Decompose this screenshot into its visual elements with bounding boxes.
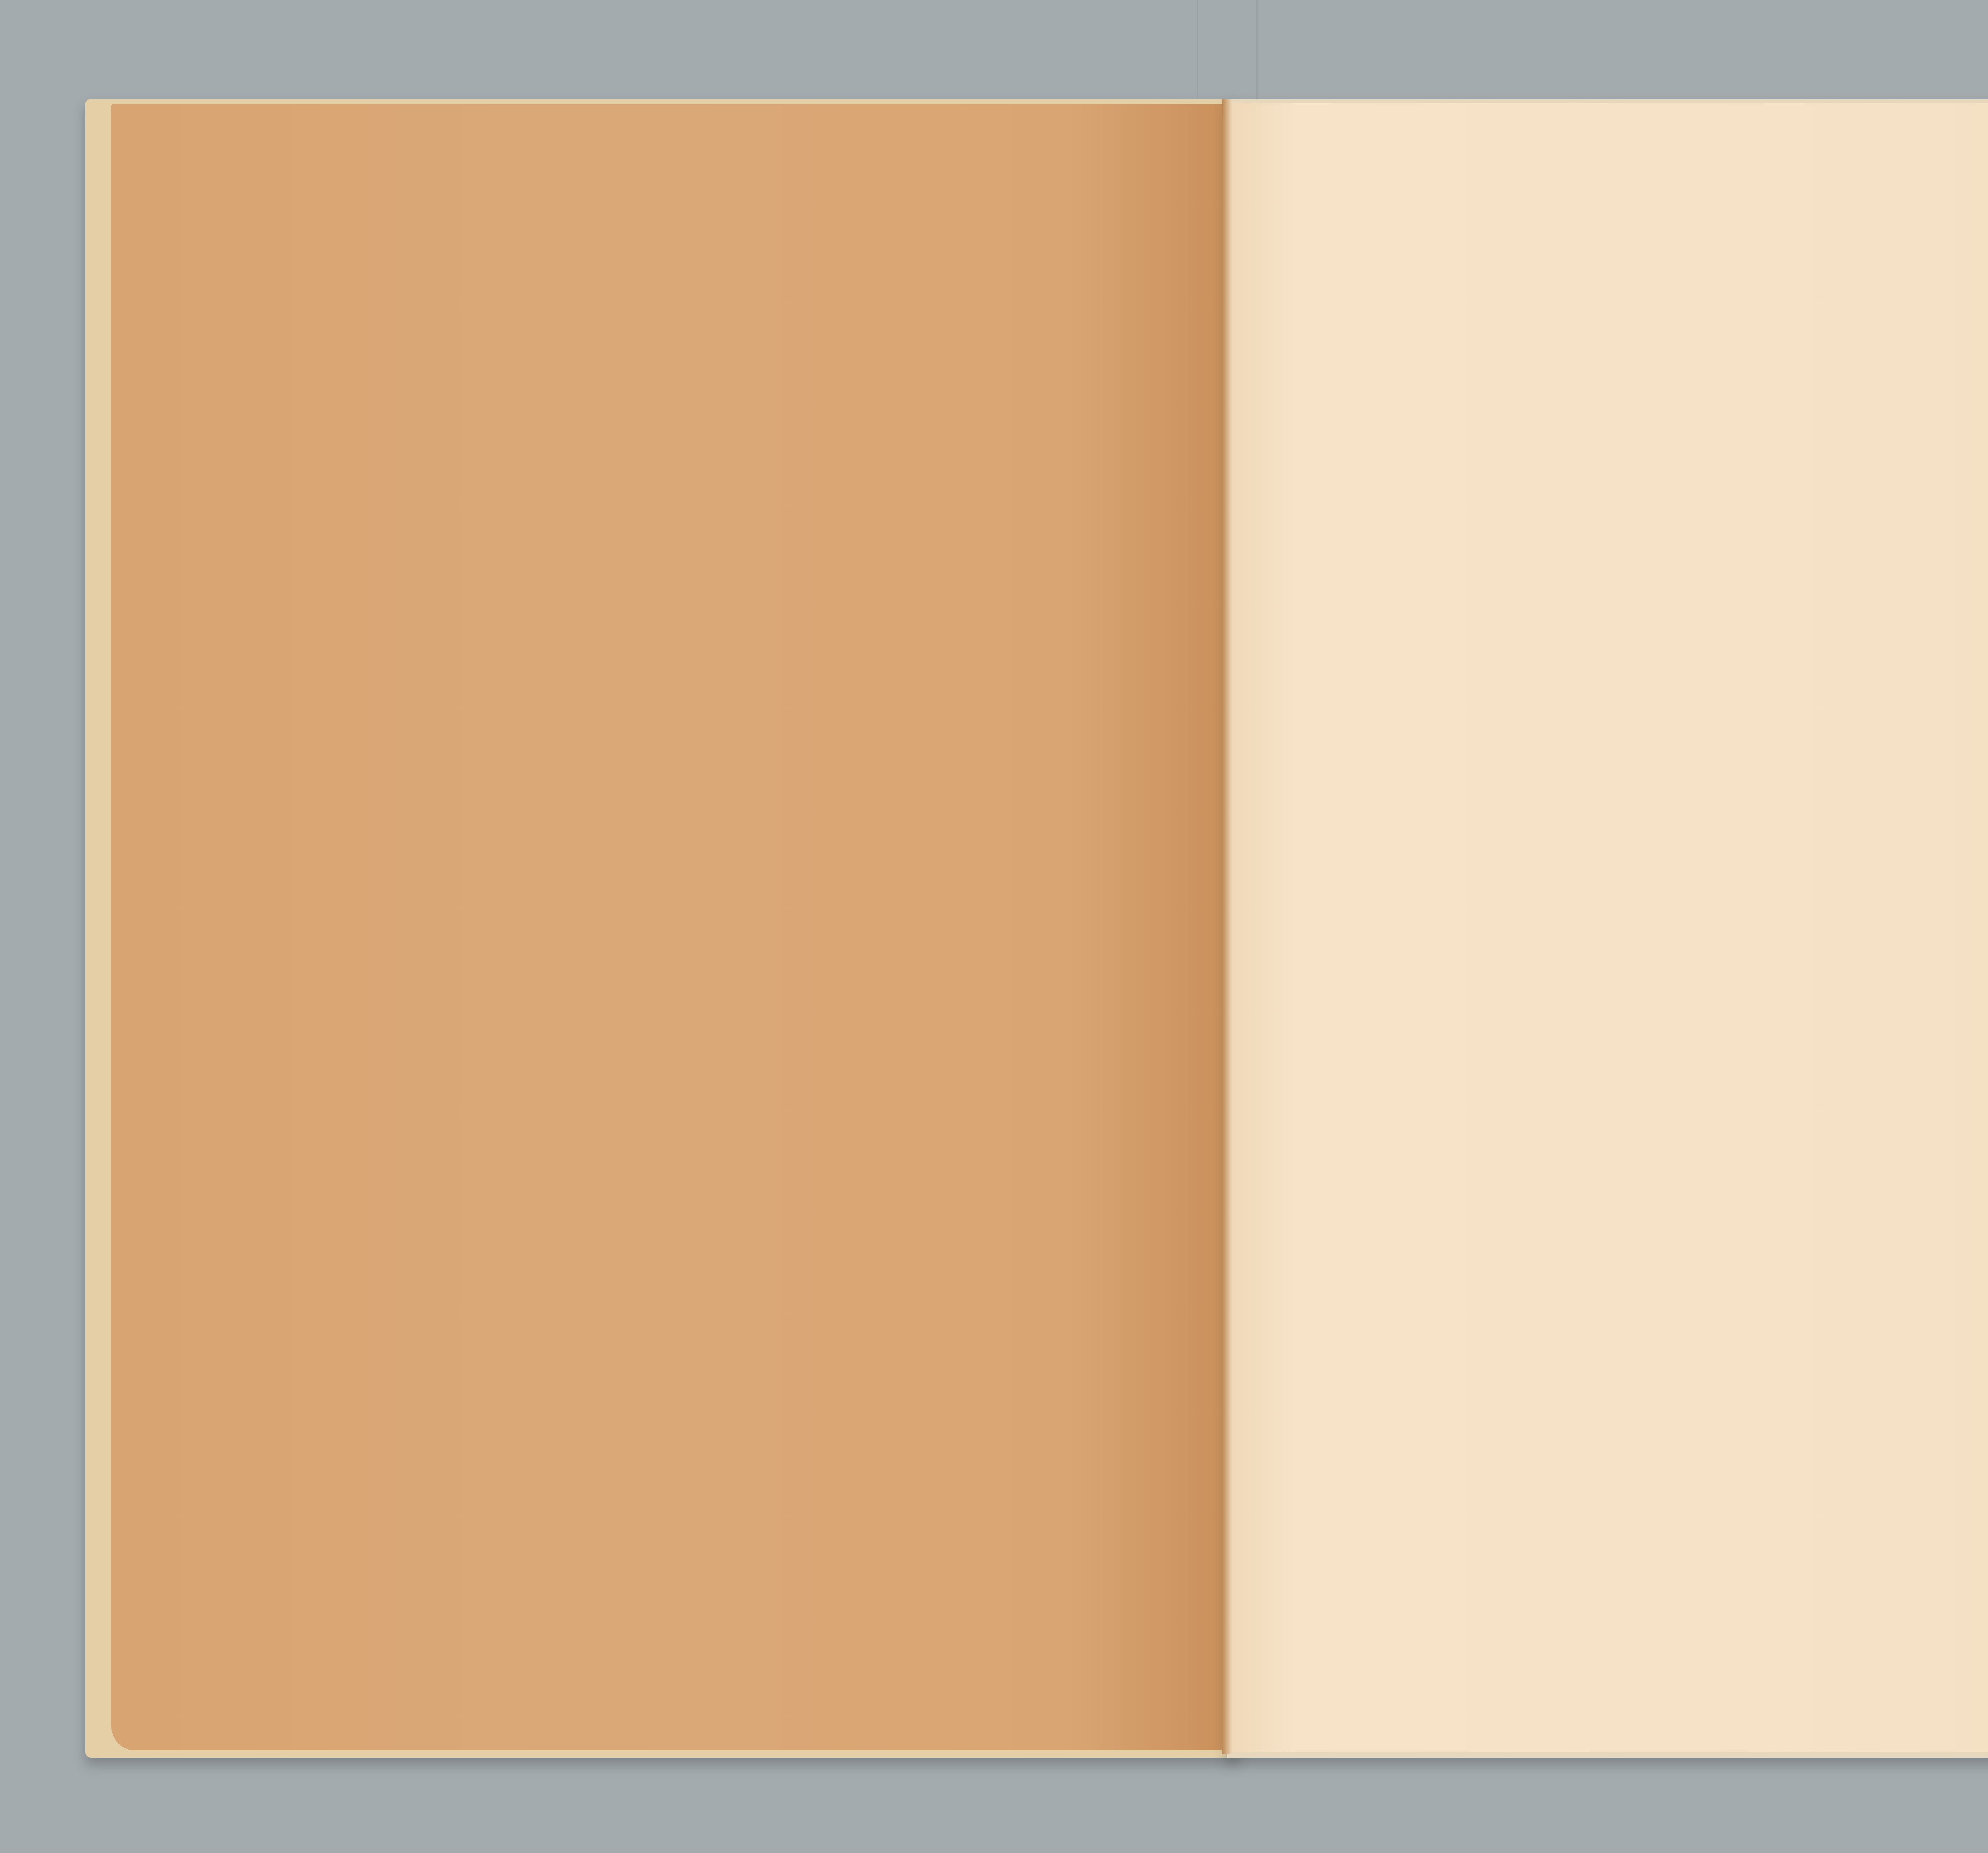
left-page	[111, 104, 1233, 1750]
right-page	[1227, 103, 1988, 1752]
background-seam	[1256, 0, 1258, 103]
open-book	[85, 99, 1988, 1762]
book-spine-gutter	[1222, 99, 1232, 1754]
background-seam	[1197, 0, 1198, 103]
left-cover	[85, 99, 1239, 1758]
